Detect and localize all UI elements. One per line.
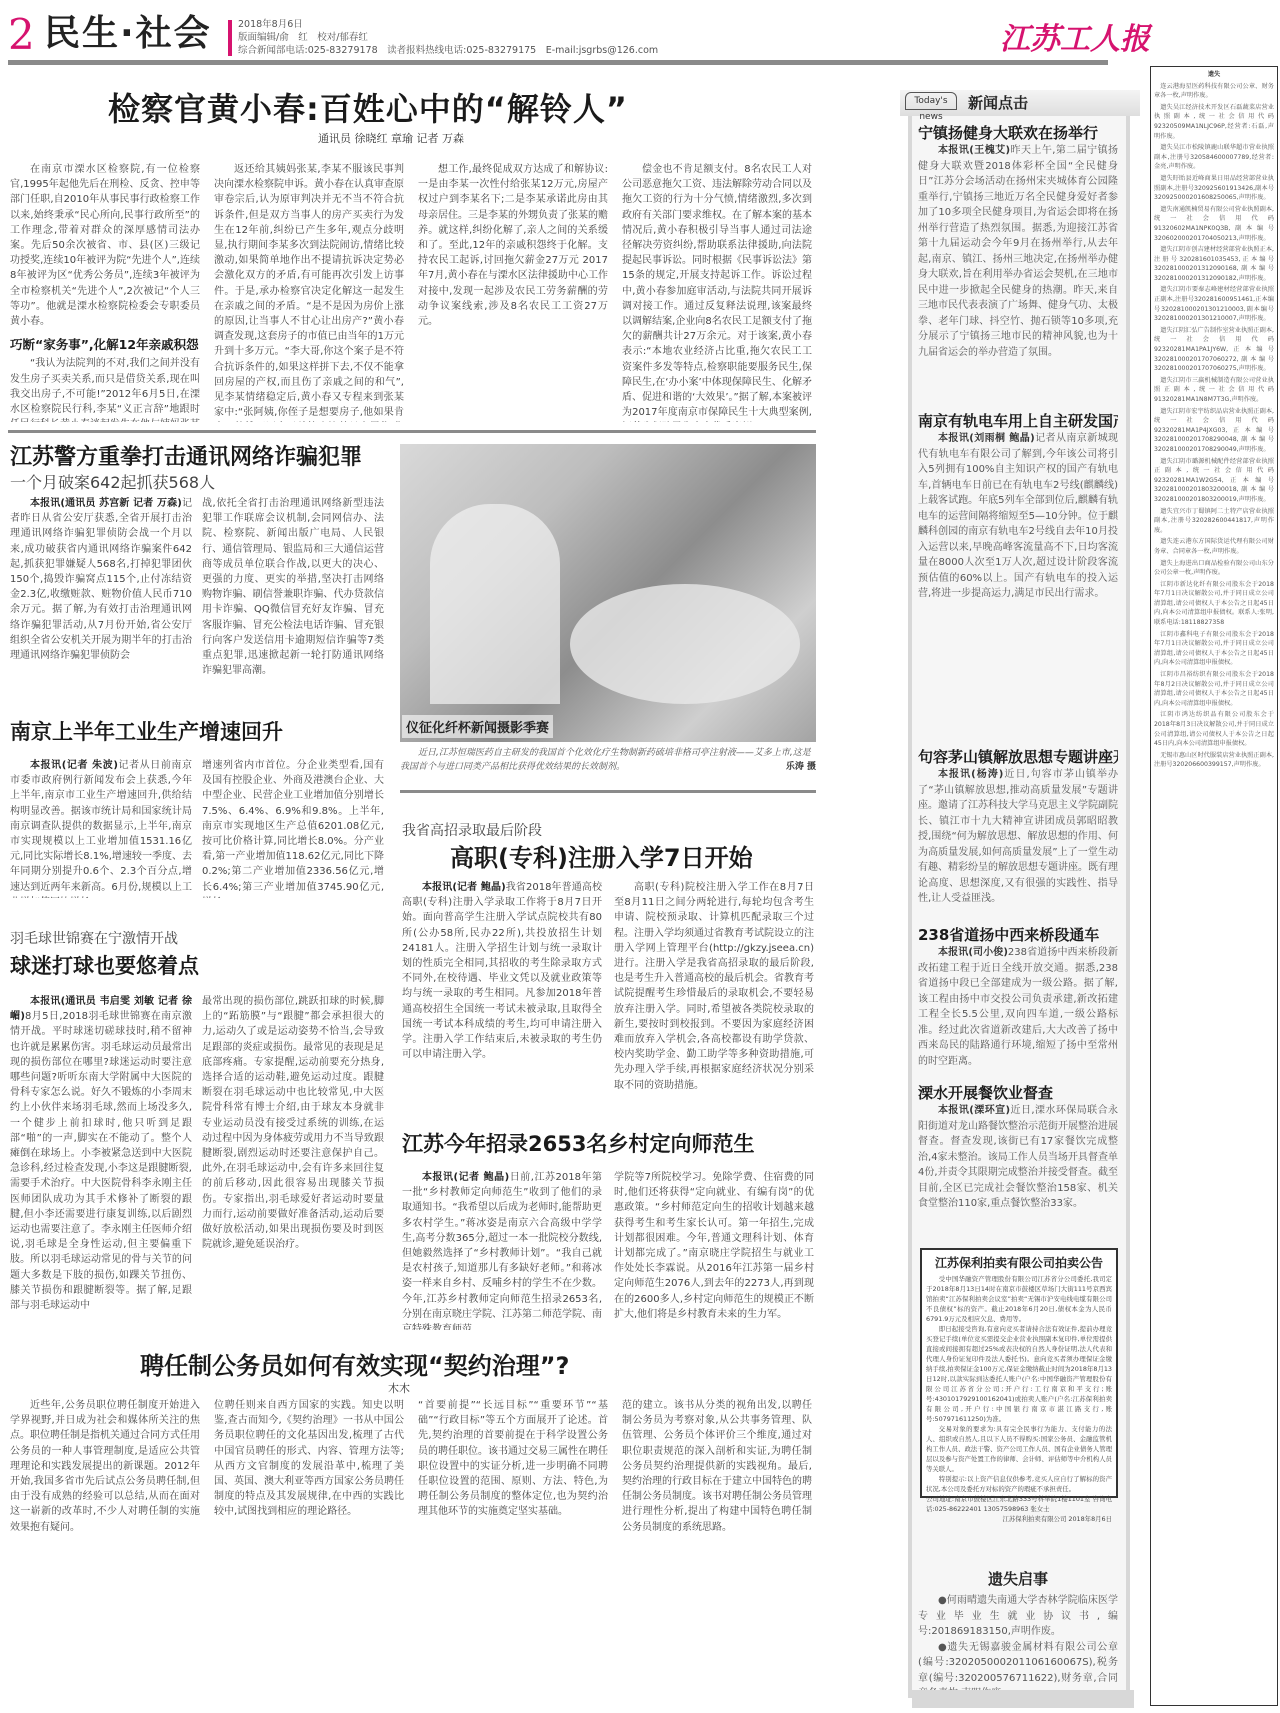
admission-headline: 高职(专科)注册入学7日开始 bbox=[450, 838, 753, 873]
classified-item: 遗失江阴市创吉建材经营部营业执照正本,注册号320281601035453,正本… bbox=[1154, 245, 1274, 283]
review-col-2: 位聘任则来自西方国家的实践。知史以明鉴,查古而知今,《契约治理》一书从中国公务员… bbox=[214, 1398, 404, 1708]
editors: 版面编辑/俞 红 校对/郁春红 bbox=[238, 31, 658, 44]
news-panel-items: 宁镇扬健身大联欢在扬举行 本报讯(王槐艾)昨天上午,第二届宁镇扬健身大联欢暨20… bbox=[918, 122, 1118, 1240]
lost-notice-title: 遗失启事 bbox=[918, 1568, 1118, 1589]
classified-item: 遗失盱眙县近峰商果日用品经营部营业执照副本,注册号320925601913426… bbox=[1154, 174, 1274, 203]
review-author: 木木 bbox=[388, 1380, 410, 1396]
badminton-kicker: 羽毛球世锦赛在宁激情开战 bbox=[10, 928, 178, 948]
news-item: 溧水开展餐饮业督查 本报讯(溧环宣)近日,溧水环保局联合永阳街道对龙山路餐饮整治… bbox=[918, 1082, 1118, 1232]
newspaper-logo: 江苏工人报 bbox=[1000, 14, 1150, 58]
classified-item: 江阴市鑫科电子有限公司股东会于2018年7月1日决议解散公司,并于同日成立公司清… bbox=[1154, 630, 1274, 668]
classifieds-column: 遗失 连云港海星医药科技有限公司公章、财务章各一枚,声明作废。 遗失吴江经济技术… bbox=[1150, 66, 1278, 1706]
section-divider bbox=[400, 790, 816, 793]
classified-item: 遗失江阴市宏宇纺织品店营业执照正副本,统一社会信用代码92320281MA1P4… bbox=[1154, 407, 1274, 455]
admission-col-1: 本报讯(记者 鲍晶)我省2018年普通高校高职(专科)注册入学录取工作将于8月7… bbox=[402, 880, 602, 1110]
panel-footer-bar bbox=[912, 1690, 1134, 1708]
teacher-col-1: 本报讯(记者 鲍晶)日前,江苏2018年第一批“乡村教师定向师范生”收到了他们的… bbox=[402, 1170, 602, 1330]
lead-headline: 检察官黄小春:百姓心中的“解铃人” bbox=[108, 84, 628, 130]
admission-col-2: 高职(专科)院校注册入学工作在8月7日至8月11日之间分两轮进行,每轮均包含考生… bbox=[614, 880, 814, 1110]
classified-item: 遗失江阴市三赢机械制造有限公司营业执照正副本,统一社会信用代码91320281M… bbox=[1154, 376, 1274, 405]
photo-caption: 近日,江苏恒瑞医药自主研发的我国首个化效化疗生物制新药硫培非格司亭注射液——艾多… bbox=[400, 746, 816, 774]
auction-title: 江苏保利拍卖有限公司拍卖公告 bbox=[926, 1254, 1112, 1271]
lead-col-4: 偿金也不肯足额支付。8名农民工人对公司恶意拖欠工资、违法解除劳动合同以及拖欠工资… bbox=[622, 162, 812, 422]
classified-item: 遗失宜兴市丁蜀镇阿二土特产店营业执照副本,注册号320282600441817,… bbox=[1154, 507, 1274, 536]
auction-signoff: 江苏保利拍卖有限公司 2018年8月6日 bbox=[926, 1514, 1112, 1524]
news-item: 238省道扬中西来桥段通车 本报讯(司小俊)238省道扬中西来桥段新改拓建工程于… bbox=[918, 924, 1118, 1074]
masthead-rule bbox=[8, 60, 1108, 65]
masthead-meta: 2018年8月6日 版面编辑/俞 红 校对/郁春红 综合新闻部电话:025-83… bbox=[238, 18, 658, 57]
classified-item: 遗失江阴汇弘广告制作室营业执照正副本,统一社会信用代码92320281MA1PA… bbox=[1154, 326, 1274, 374]
lead-col-1: 在南京市溧水区检察院,有一位检察官,1995年起他先后在刑检、反贪、控申等部门任… bbox=[10, 162, 200, 422]
photo-equipment-shape bbox=[570, 584, 800, 704]
badminton-headline: 球迷打球也要悠着点 bbox=[10, 950, 199, 980]
badminton-col-2: 最常出现的损伤部位,跳跃扣球的时候,脚上的“跖筋膜”与“跟腱”都会承担很大的力,… bbox=[202, 994, 384, 1334]
industry-headline: 南京上半年工业生产增速回升 bbox=[10, 716, 283, 746]
section-divider bbox=[8, 430, 816, 433]
lead-subhead: 巧断“家务事”,化解12年亲戚积怨 bbox=[10, 337, 200, 352]
industry-lead-label: 本报讯(记者 朱波) bbox=[30, 760, 118, 771]
review-col-1: 近些年,公务员职位聘任制度开始进入学界视野,并日成为社会和媒体所关注的焦点。职位… bbox=[10, 1398, 200, 1708]
fraud-col-1: 本报讯(通讯员 苏宫新 记者 万森)记者昨日从省公安厅获悉,全省开展打击治理通讯… bbox=[10, 496, 192, 678]
admission-lead-label: 本报讯(记者 鲍晶) bbox=[422, 882, 506, 893]
auction-notice: 江苏保利拍卖有限公司拍卖公告 受中国华融资产管理股份有限公司江苏省分公司委托,我… bbox=[920, 1248, 1118, 1498]
review-headline: 聘任制公务员如何有效实现“契约治理”? bbox=[140, 1346, 569, 1381]
classified-item: 遗失上海进出口商品检验有限公司山东分公司公章一枚,声明作废。 bbox=[1154, 559, 1274, 578]
classified-item: 遗失连云港东方国际货运代理有限公司财务章、合同章各一枚,声明作废。 bbox=[1154, 537, 1274, 556]
lead-col-2: 返还给其姨妈张某,李某不服该民事判决向溧水检察院申诉。黄小春在认真审查原审卷宗后… bbox=[214, 162, 404, 422]
news-item-headline: 宁镇扬健身大联欢在扬举行 bbox=[918, 122, 1118, 143]
classified-item: 遗失南通凯楠贸易有限公司营业执照副本,统一社会信用代码91320602MA1NP… bbox=[1154, 205, 1274, 243]
masthead-accent-bar bbox=[228, 20, 232, 56]
news-item-headline: 溧水开展餐饮业督查 bbox=[918, 1082, 1118, 1103]
news-panel-title: 新闻点击 bbox=[968, 92, 1028, 113]
lead-byline: 通讯员 徐晓红 章瑜 记者 万森 bbox=[318, 130, 464, 146]
photo-overlay-label: 仪征化纤杯新闻摄影季赛 bbox=[402, 715, 553, 738]
industry-col-1: 本报讯(记者 朱波)记者从日前南京市委市政府例行新闻发布会上获悉,今年上半年,南… bbox=[10, 758, 192, 898]
news-photo: 仪征化纤杯新闻摄影季赛 bbox=[400, 444, 816, 742]
classified-item: 江阴市鸿达纺织品有限公司股东会于2018年8月3日决议解散公司,并于同日成立公司… bbox=[1154, 710, 1274, 748]
auction-contact: 公司地址:南京市鼓楼区江东北路333号科举院1楼1101室 咨询电话:025-8… bbox=[926, 1494, 1112, 1514]
fraud-lead-label: 本报讯(通讯员 苏宫新 记者 万森) bbox=[30, 498, 182, 509]
classified-item: 遗失江阴市璐源机械配件经营部营业执照正副本,统一社会信用代码92320281MA… bbox=[1154, 457, 1274, 505]
industry-col-2: 增速列省内市首位。分企业类型看,国有及国有控股企业、外商及港澳台企业、大中型企业… bbox=[202, 758, 384, 898]
teacher-lead-label: 本报讯(记者 鲍晶) bbox=[422, 1172, 509, 1183]
lost-notice: 遗失启事 ●何雨晴遗失南通大学杏林学院临床医学专业毕业生就业协议书,编号:201… bbox=[918, 1568, 1118, 1702]
section-title: 民生·社会 bbox=[44, 14, 212, 54]
issue-date: 2018年8月6日 bbox=[238, 18, 658, 31]
classified-item: 遗失吴江市松陵镇鹿山联华超市营业执照副本,注册号320584600007789,… bbox=[1154, 143, 1274, 172]
classified-item: 江阴市昌裕纺织有限公司股东会于2018年8月2日决议解散公司,并于同日成立公司清… bbox=[1154, 670, 1274, 708]
classifieds-header: 遗失 bbox=[1154, 70, 1274, 80]
photo-credit: 乐涛 摄 bbox=[768, 760, 816, 774]
admission-kicker: 我省高招录取最后阶段 bbox=[402, 820, 542, 840]
classified-item: 连云港海星医药科技有限公司公章、财务章各一枚,声明作废。 bbox=[1154, 82, 1274, 101]
contacts: 综合新闻部电话:025-83279178 读者报料热线电话:025-832791… bbox=[238, 44, 658, 57]
classified-item: 遗失江阴市要秦志峰建材经营部营业执照正副本,注册号320281600951461… bbox=[1154, 285, 1274, 323]
fraud-subhead: 一个月破案642起抓获568人 bbox=[10, 470, 215, 493]
news-item-headline: 238省道扬中西来桥段通车 bbox=[918, 924, 1118, 945]
teacher-headline: 江苏今年招录2653名乡村定向师范生 bbox=[402, 1128, 754, 1158]
review-col-4: 范的建立。该书从分类的视角出发,以聘任制公务员为考察对象,从公共事务管理、队伍管… bbox=[622, 1398, 812, 1708]
news-item: 句容茅山镇解放思想专题讲座开讲 本报讯(杨涛)近日,句容市茅山镇举办了“茅山镇解… bbox=[918, 746, 1118, 916]
photo-figure-shape bbox=[430, 504, 560, 704]
lost-notice-item: ●何雨晴遗失南通大学杏林学院临床医学专业毕业生就业协议书,编号:20186918… bbox=[918, 1593, 1118, 1640]
fraud-col-2: 战,依托全省打击治理通讯网络新型违法犯罪工作联席会议机制,会同网信办、法院、检察… bbox=[202, 496, 384, 678]
classified-item: 江阴市新达化纤有限公司股东会于2018年7月1日决议解散公司,并于同日成立公司清… bbox=[1154, 580, 1274, 628]
classified-item: 遗失吴江经济技术开发区石磊蔬菜店营业执照副本,统一社会信用代码92320509M… bbox=[1154, 103, 1274, 141]
news-item-headline: 南京有轨电车用上自主研发国产车 bbox=[918, 410, 1118, 431]
page-number: 2 bbox=[8, 14, 35, 56]
lead-col-3: 想工作,最终促成双方达成了和解协议:一是由李某一次性付给张某12万元,房屋产权过… bbox=[418, 162, 608, 422]
classified-item: 无锡市惠山区时代服装店营业执照正副本,注册号320206600399157,声明… bbox=[1154, 751, 1274, 770]
review-col-3: “首要前提”“长远目标”“重要环节”“基础”“行政目标”等五个方面展开了论述。首… bbox=[418, 1398, 608, 1708]
badminton-col-1: 本报讯(通讯员 韦启雯 刘敏 记者 徐嵋)8月5日,2018羽毛球世锦赛在南京激… bbox=[10, 994, 192, 1334]
news-item: 宁镇扬健身大联欢在扬举行 本报讯(王槐艾)昨天上午,第二届宁镇扬健身大联欢暨20… bbox=[918, 122, 1118, 402]
news-item-headline: 句容茅山镇解放思想专题讲座开讲 bbox=[918, 746, 1118, 767]
teacher-col-2: 学院等7所院校学习。免除学费、住宿费的同时,他们还将获得“定向就业、有编有岗”的… bbox=[614, 1170, 814, 1330]
todays-news-tag: Today's news bbox=[905, 92, 957, 110]
news-item: 南京有轨电车用上自主研发国产车 本报讯(刘雨桐 鲍晶)记者从南京新城现代有轨电车… bbox=[918, 410, 1118, 740]
fraud-headline: 江苏警方重拳打击通讯网络诈骗犯罪 bbox=[10, 440, 362, 471]
